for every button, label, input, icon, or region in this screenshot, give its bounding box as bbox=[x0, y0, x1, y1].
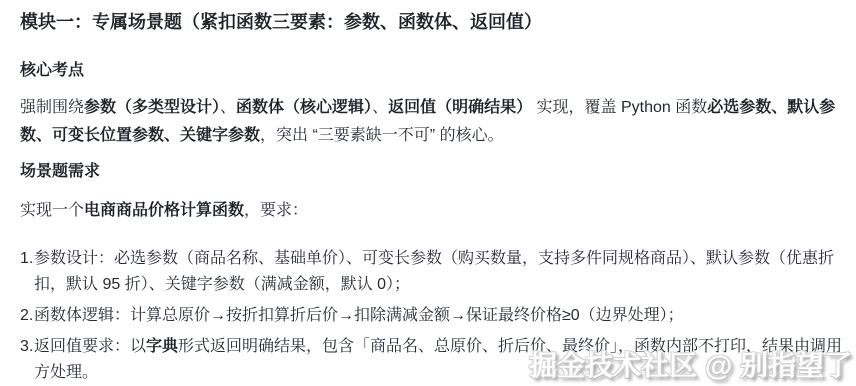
requirement-item-function-body: 2.函数体逻辑：计算总原价→按折扣算折后价→扣除满减金额→保证最终价格≥0（边界… bbox=[34, 303, 846, 329]
text-segment: 强制围绕 bbox=[20, 99, 84, 116]
bold-segment: 返回值（明确结果） bbox=[388, 99, 532, 116]
text-segment: 实现一个 bbox=[20, 202, 84, 219]
text-segment: ，突出 “三要素缺一不可” 的核心。 bbox=[260, 127, 504, 144]
module-title: 模块一：专属场景题（紧扣函数三要素：参数、函数体、返回值） bbox=[20, 0, 846, 34]
core-points-heading: 核心考点 bbox=[20, 61, 846, 80]
item-number: 3. bbox=[20, 334, 33, 360]
text-segment: 返回值要求：以 bbox=[34, 338, 146, 355]
text-segment: 函数体逻辑：计算总原价→按折扣算折后价→扣除满减金额→保证最终价格≥0（边界处理… bbox=[34, 307, 684, 324]
text-segment: 参数设计：必选参数（商品名称、基础单价）、可变长参数（购买数量，支持多件同规格商… bbox=[34, 250, 834, 293]
text-segment: 、 bbox=[220, 99, 236, 116]
article-content: 模块一：专属场景题（紧扣函数三要素：参数、函数体、返回值） 核心考点 强制围绕参… bbox=[20, 0, 846, 386]
text-segment: 、 bbox=[372, 99, 388, 116]
bold-segment: 字典 bbox=[146, 338, 178, 355]
text-segment: 实现，覆盖 Python 函数 bbox=[532, 99, 707, 116]
bold-segment: 参数（多类型设计） bbox=[84, 99, 220, 116]
scenario-heading: 场景题需求 bbox=[20, 162, 846, 181]
requirement-item-parameters: 1.参数设计：必选参数（商品名称、基础单价）、可变长参数（购买数量，支持多件同规… bbox=[34, 246, 846, 298]
bold-segment: 电商商品价格计算函数 bbox=[84, 202, 244, 219]
site-watermark: 掘金技术社区 @ 别指望了 bbox=[529, 344, 852, 384]
text-segment: ，要求： bbox=[244, 202, 308, 219]
core-points-paragraph: 强制围绕参数（多类型设计）、函数体（核心逻辑）、返回值（明确结果） 实现，覆盖 … bbox=[20, 94, 846, 150]
item-number: 1. bbox=[20, 246, 33, 272]
bold-segment: 函数体（核心逻辑） bbox=[236, 99, 372, 116]
item-number: 2. bbox=[20, 303, 33, 329]
scenario-intro: 实现一个电商商品价格计算函数，要求： bbox=[20, 198, 846, 224]
